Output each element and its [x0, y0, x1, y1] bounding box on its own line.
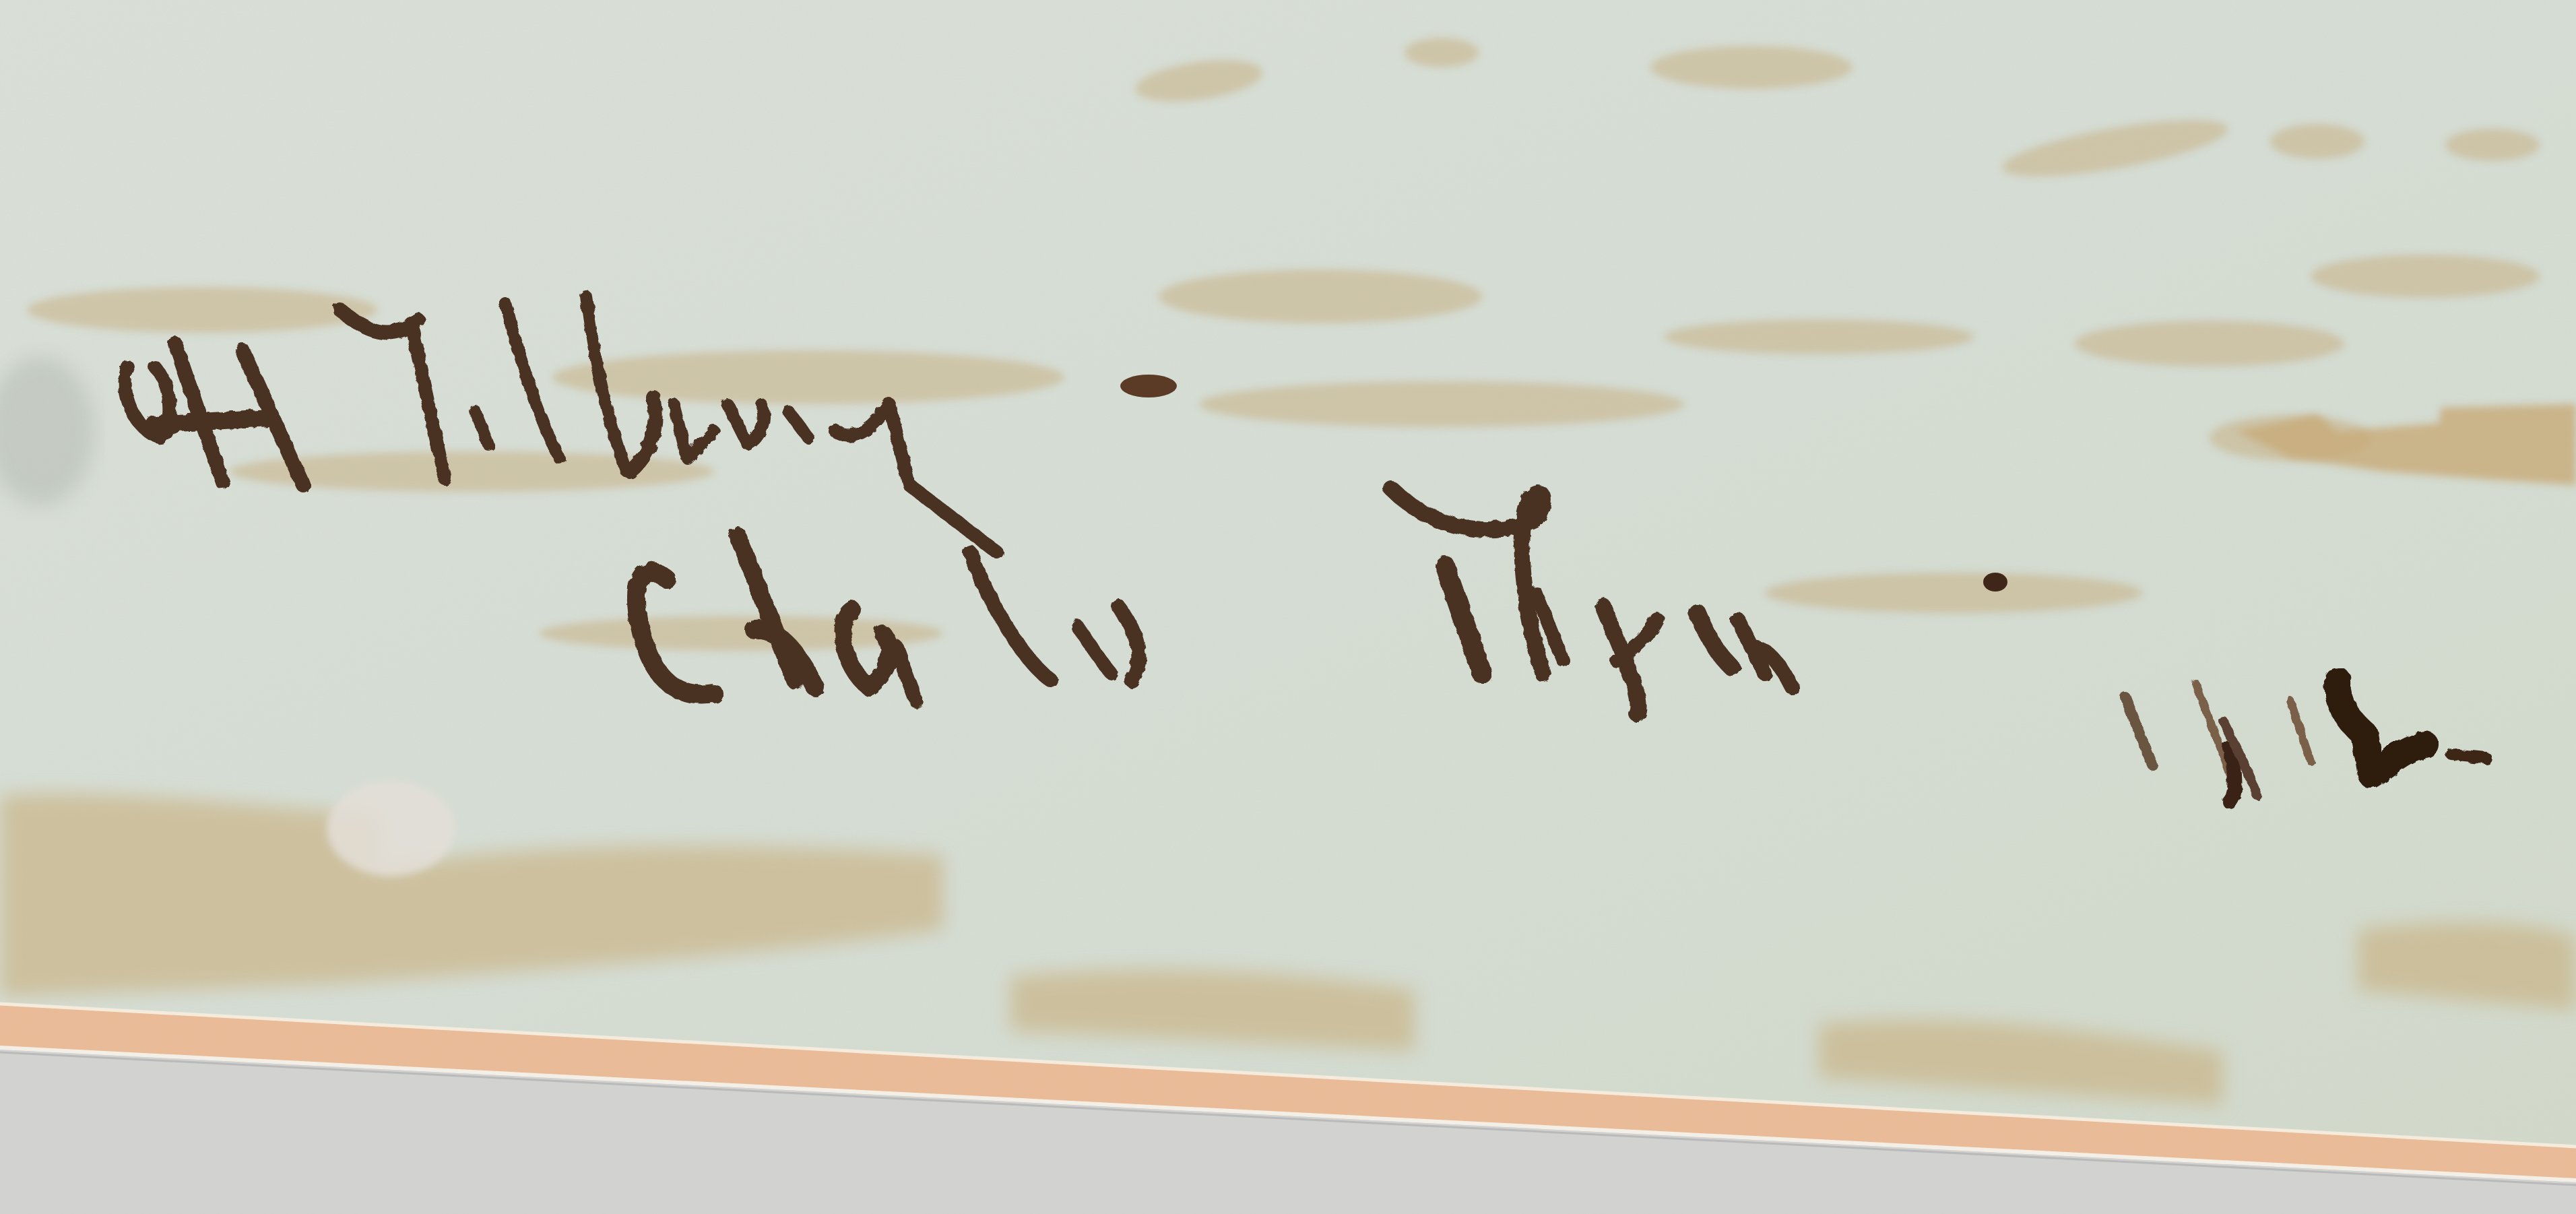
ink-dot [1120, 375, 1177, 397]
painting-svg [0, 0, 2576, 1214]
bleached-spot [327, 781, 455, 876]
ink-dot-signature [1983, 573, 2007, 592]
watercolour-inscription-photo: Off Tilbury Charles Dixon 1912. [0, 0, 2576, 1214]
